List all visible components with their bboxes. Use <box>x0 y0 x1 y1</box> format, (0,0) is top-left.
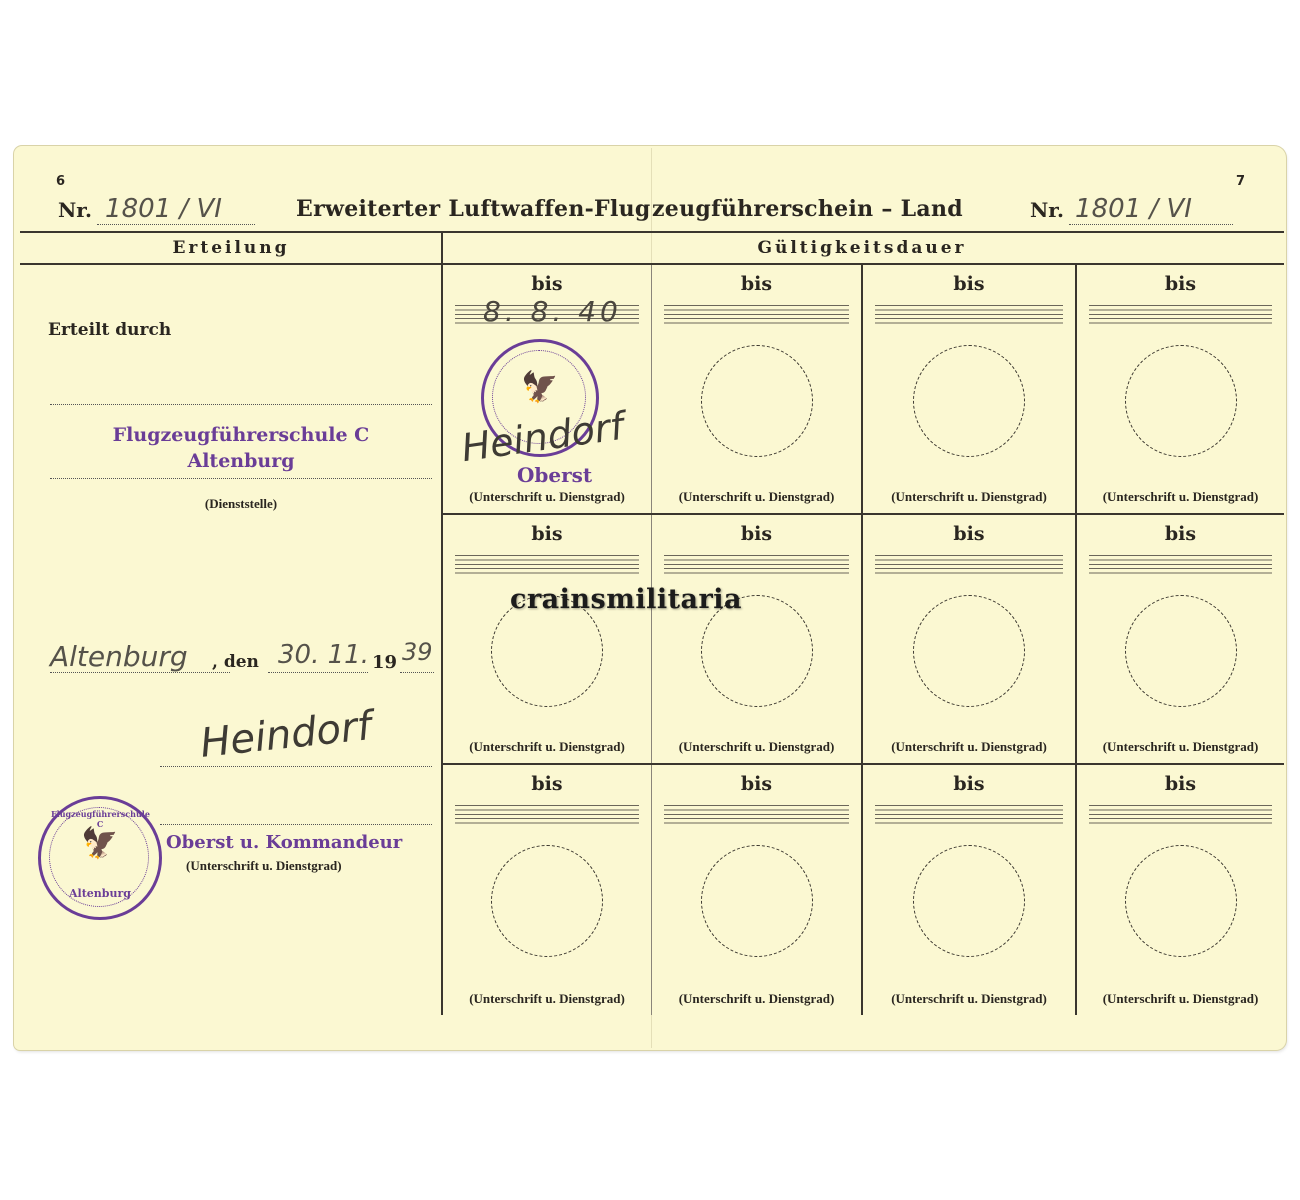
validity-cell-r2-c3: bis (Unterschrift u. Dienstgrad) <box>863 515 1075 763</box>
signature-line-2 <box>160 824 432 825</box>
bis-label: bis <box>443 273 651 295</box>
header-rule <box>20 231 1284 233</box>
bis-label: bis <box>863 273 1075 295</box>
signature-label: (Unterschrift u. Dienstgrad) <box>652 991 861 1007</box>
document-title-right: zeugführerschein – Land <box>652 196 963 222</box>
right-page-number: 7 <box>1236 174 1245 189</box>
signature-label: (Unterschrift u. Dienstgrad) <box>652 489 861 505</box>
validity-cell-r2-c1: bis (Unterschrift u. Dienstgrad) <box>443 515 651 763</box>
dienststelle-stamp-line2: Altenburg <box>50 448 432 474</box>
signature-label: (Unterschrift u. Dienstgrad) <box>863 739 1075 755</box>
bis-label: bis <box>1077 773 1284 795</box>
erteilt-durch-line-2 <box>50 478 432 479</box>
date-lines <box>455 555 639 577</box>
validity-date: 8. 8. 40 <box>483 295 622 328</box>
signature-label: (Unterschrift u. Dienstgrad) <box>652 739 861 755</box>
rank-stamp: Oberst u. Kommandeur <box>166 832 402 853</box>
signature-label: (Unterschrift u. Dienstgrad) <box>443 489 651 505</box>
seal-placeholder-circle <box>701 845 813 957</box>
date-lines <box>1089 305 1272 327</box>
validity-rank-stamp: Oberst <box>517 463 592 487</box>
eagle-emblem-icon: 🦅 <box>41 829 159 859</box>
date-lines <box>875 555 1063 577</box>
erteilung-signature-label: (Unterschrift u. Dienstgrad) <box>186 858 342 874</box>
nr-right-field: Nr. 1801 / VI <box>1030 194 1245 224</box>
bis-label: bis <box>1077 273 1284 295</box>
bis-label: bis <box>443 773 651 795</box>
unit-seal: 🦅 Flugzeugführerschule C Altenburg <box>38 796 162 920</box>
den-label: , den <box>212 652 259 672</box>
erteilt-durch-label: Erteilt durch <box>48 320 171 340</box>
watermark: crainsmilitaria <box>510 584 742 615</box>
validity-cell-r3-c1: bis (Unterschrift u. Dienstgrad) <box>443 765 651 1015</box>
place-value: Altenburg <box>50 640 188 673</box>
seal-placeholder-circle <box>1125 595 1237 707</box>
signature-label: (Unterschrift u. Dienstgrad) <box>1077 489 1284 505</box>
seal-placeholder-circle <box>1125 845 1237 957</box>
validity-cell-r1-c2: bis (Unterschrift u. Dienstgrad) <box>652 265 861 513</box>
validity-cell-r3-c4: bis (Unterschrift u. Dienstgrad) <box>1077 765 1284 1015</box>
seal-placeholder-circle <box>913 345 1025 457</box>
left-page-number: 6 <box>56 174 65 189</box>
validity-cell-r3-c2: bis (Unterschrift u. Dienstgrad) <box>652 765 861 1015</box>
signature-label: (Unterschrift u. Dienstgrad) <box>863 991 1075 1007</box>
document-title-left: Erweiterter Luftwaffen-Flug <box>296 196 651 222</box>
nr-left-field: Nr. 1801 / VI <box>58 194 268 224</box>
signature-label: (Unterschrift u. Dienstgrad) <box>443 991 651 1007</box>
gueltigkeitsdauer-heading: Gültigkeitsdauer <box>652 238 1072 258</box>
bis-label: bis <box>652 273 861 295</box>
seal-placeholder-circle <box>913 845 1025 957</box>
signature-label: (Unterschrift u. Dienstgrad) <box>863 489 1075 505</box>
validity-cell-r2-c2: bis (Unterschrift u. Dienstgrad) <box>652 515 861 763</box>
seal-placeholder-circle <box>1125 345 1237 457</box>
date-lines <box>664 805 849 827</box>
nr-left-value: 1801 / VI <box>97 194 255 225</box>
bis-label: bis <box>863 523 1075 545</box>
validity-cell-r2-c4: bis (Unterschrift u. Dienstgrad) <box>1077 515 1284 763</box>
seal-placeholder-circle <box>491 845 603 957</box>
year-line <box>400 672 434 673</box>
dienststelle-stamp: Flugzeugführerschule C Altenburg <box>50 422 432 474</box>
bis-label: bis <box>652 773 861 795</box>
signature-label: (Unterschrift u. Dienstgrad) <box>1077 991 1284 1007</box>
validity-cell-r1-c4: bis (Unterschrift u. Dienstgrad) <box>1077 265 1284 513</box>
date-value: 30. 11. <box>278 640 369 670</box>
nr-right-label: Nr. <box>1030 198 1064 222</box>
date-lines <box>875 805 1063 827</box>
validity-cell-r1-c3: bis (Unterschrift u. Dienstgrad) <box>863 265 1075 513</box>
dienststelle-stamp-line1: Flugzeugführerschule C <box>50 422 432 448</box>
bis-label: bis <box>652 523 861 545</box>
bis-label: bis <box>863 773 1075 795</box>
seal-text-bottom: Altenburg <box>51 887 149 900</box>
date-lines <box>1089 555 1272 577</box>
signature-label: (Unterschrift u. Dienstgrad) <box>443 739 651 755</box>
erteilung-heading: Erteilung <box>20 238 442 258</box>
place-line <box>50 672 230 673</box>
eagle-emblem-icon: 🦅 <box>484 370 596 405</box>
signature-line-1 <box>160 766 432 767</box>
date-lines <box>1089 805 1272 827</box>
bis-label: bis <box>443 523 651 545</box>
date-line <box>268 672 368 673</box>
nr-right-value: 1801 / VI <box>1069 194 1233 225</box>
signature-label: (Unterschrift u. Dienstgrad) <box>1077 739 1284 755</box>
validity-cell-r3-c3: bis (Unterschrift u. Dienstgrad) <box>863 765 1075 1015</box>
seal-placeholder-circle <box>913 595 1025 707</box>
year-prefix: 19 <box>372 652 397 673</box>
date-lines <box>664 305 849 327</box>
nr-left-label: Nr. <box>58 198 92 222</box>
date-lines <box>455 805 639 827</box>
year-value: 39 <box>402 638 433 666</box>
bis-label: bis <box>1077 523 1284 545</box>
seal-placeholder-circle <box>701 345 813 457</box>
dienststelle-label: (Dienststelle) <box>50 496 432 512</box>
seal-text-top: Flugzeugführerschule C <box>51 809 149 829</box>
erteilt-durch-line-1 <box>50 404 432 405</box>
validity-cell-r1-c1: bis 8. 8. 40 🦅 Heindorf Oberst (Untersch… <box>443 265 651 513</box>
date-lines <box>664 555 849 577</box>
date-lines <box>875 305 1063 327</box>
